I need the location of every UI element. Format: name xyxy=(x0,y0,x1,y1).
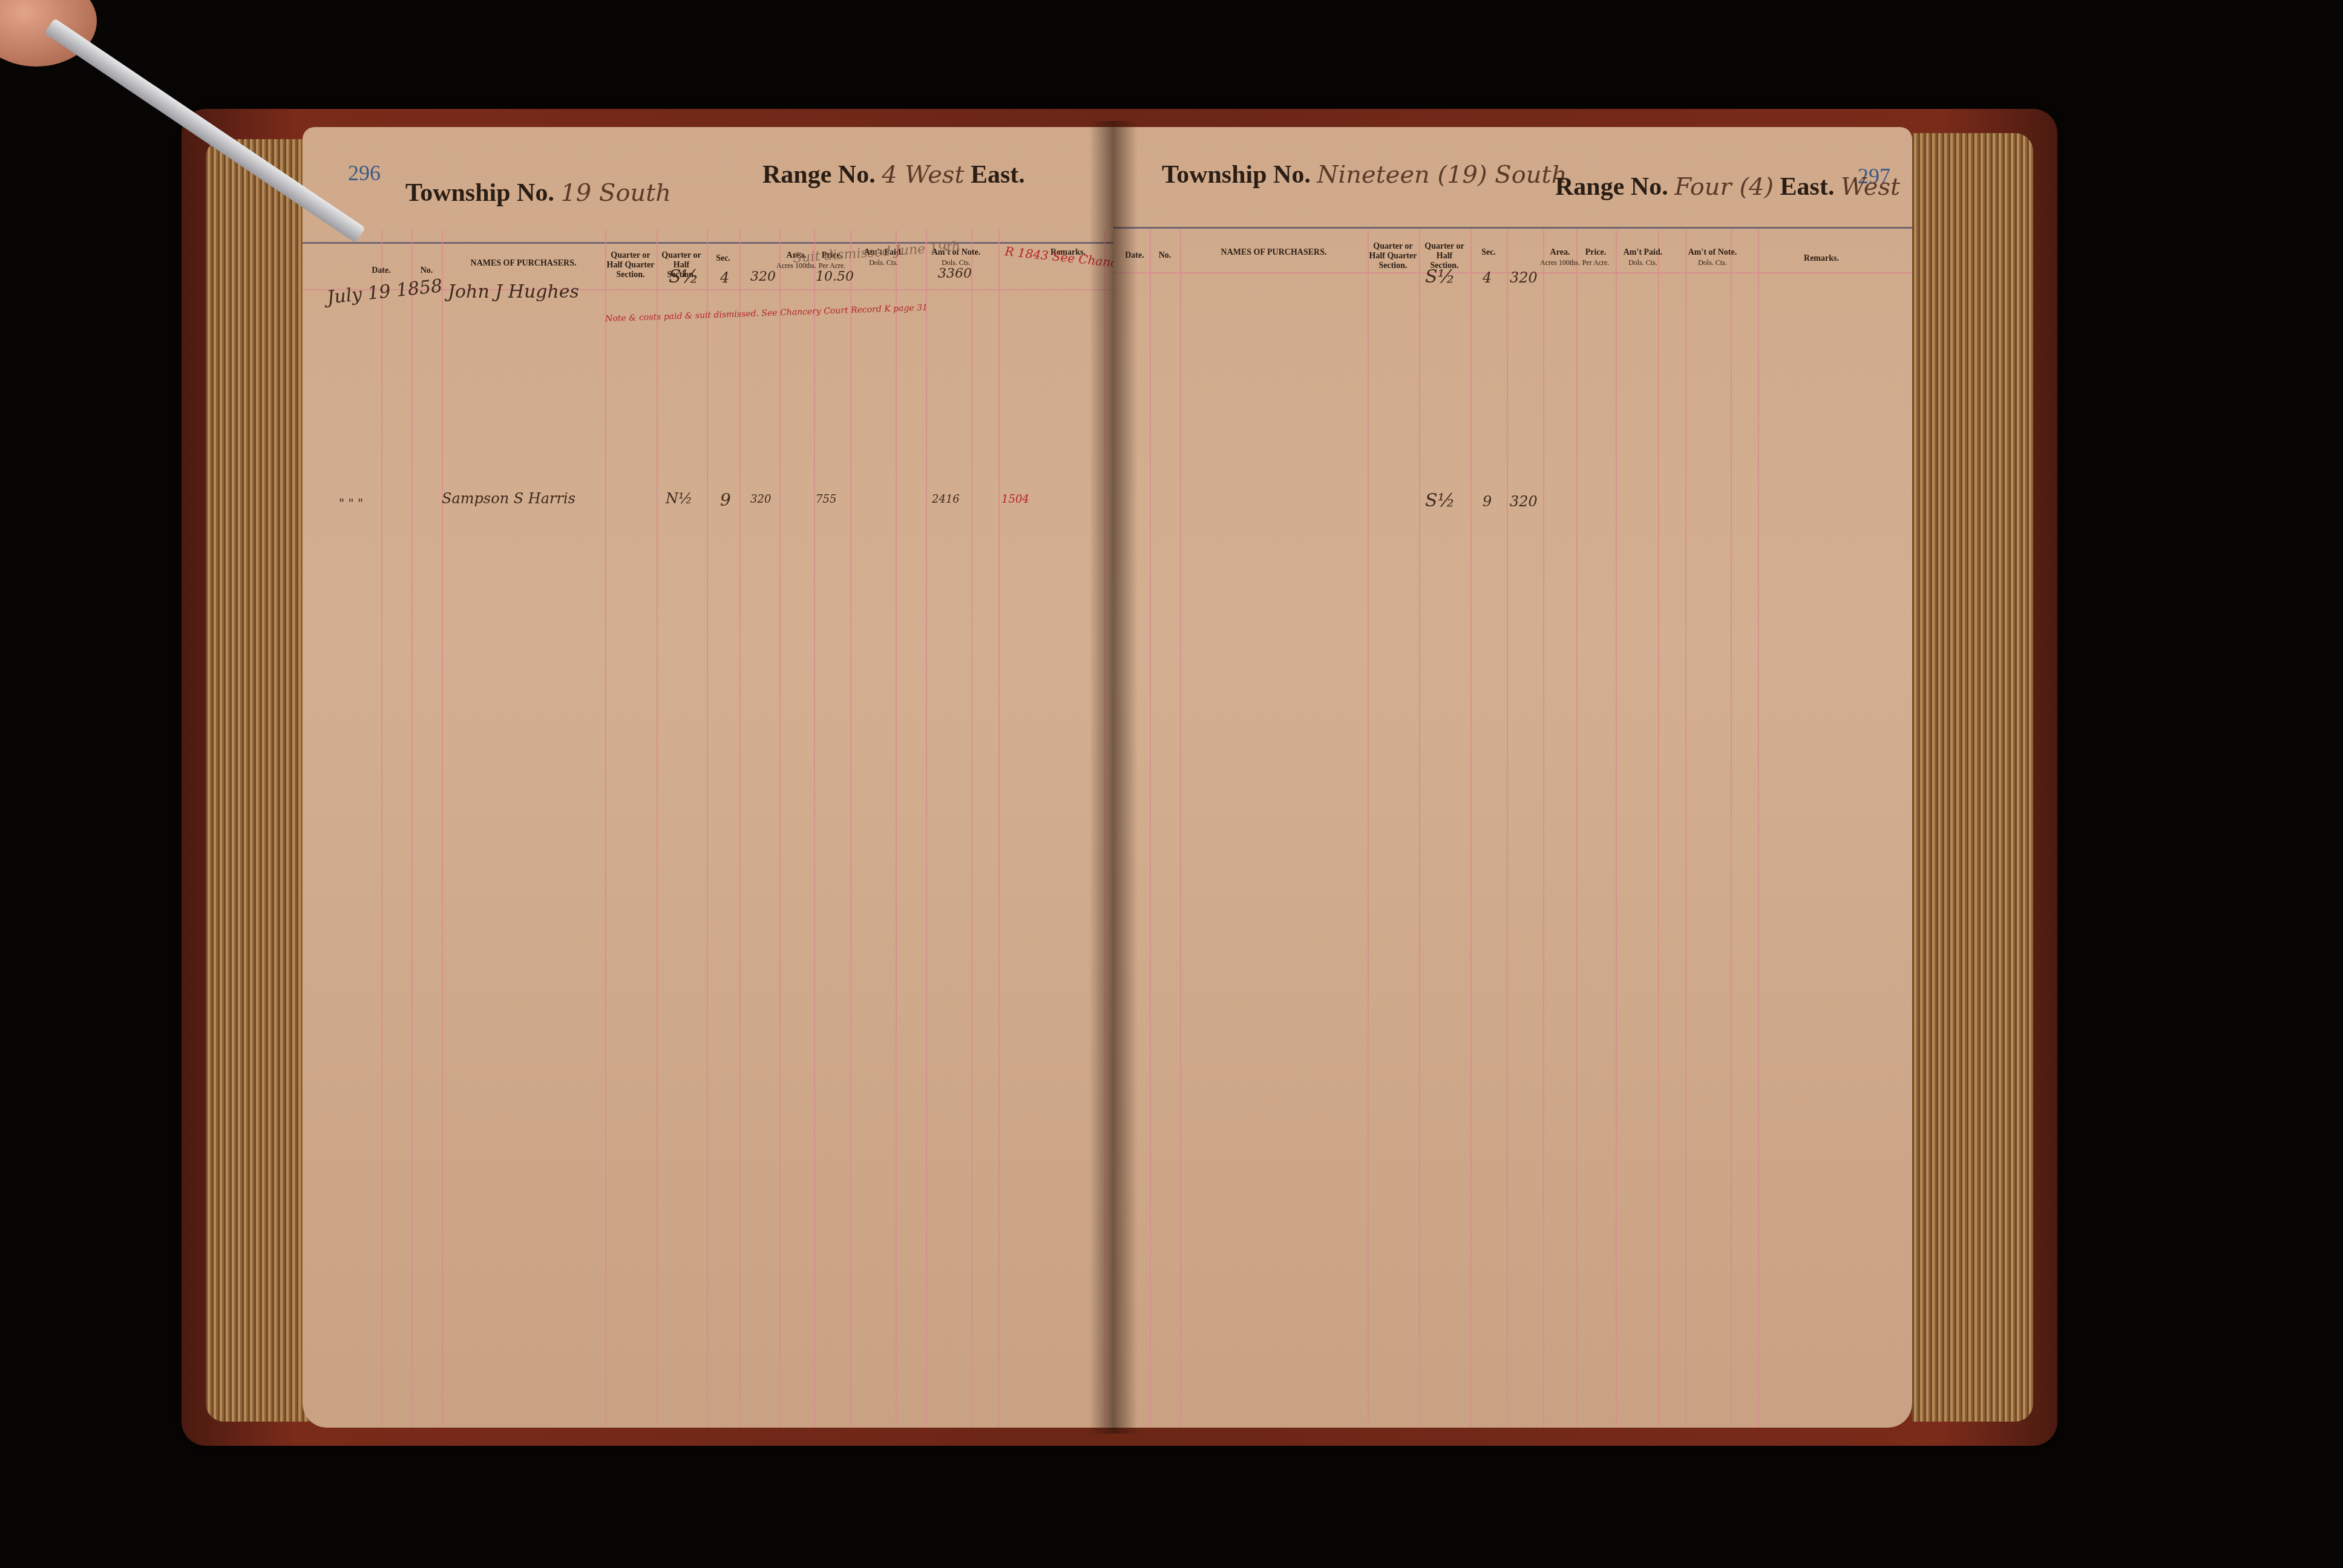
entry-acres: 320 xyxy=(750,493,771,506)
col-sec: Sec. xyxy=(1481,248,1496,258)
left-page: 296 Township No. 19 South Range No. 4 We… xyxy=(303,127,1113,1428)
col-quarter-half-quarter: Quarter or Half Quarter Section. xyxy=(606,251,655,280)
page-number: 296 xyxy=(348,160,381,186)
col-no: No. xyxy=(421,266,433,276)
direction-label: East. xyxy=(1780,173,1835,201)
col-date: Date. xyxy=(1125,251,1144,261)
col-area: Area. Acres 100ths. xyxy=(1540,248,1580,267)
col-quarter-half-quarter: Quarter or Half Quarter Section. xyxy=(1369,242,1417,271)
direction-label: East. xyxy=(971,161,1025,189)
entry-acres: 320 xyxy=(750,269,776,284)
range-value: Four (4) xyxy=(1674,173,1774,201)
range-value: 4 West xyxy=(882,161,964,189)
entry-name: Sampson S Harris xyxy=(442,490,575,507)
entry-sec: 9 xyxy=(720,490,731,510)
entry-name: John J Hughes xyxy=(448,281,579,302)
entry-remarks: 1504 xyxy=(1001,493,1029,506)
entry-acres: 320 xyxy=(1510,493,1538,510)
township-value: 19 South xyxy=(560,179,671,207)
col-sec: Sec. xyxy=(716,254,730,264)
col-amt-paid: Am't Paid. Dols. Cts. xyxy=(1624,248,1663,267)
col-date: Date. xyxy=(372,266,391,276)
range-label: Range No. xyxy=(1555,173,1668,201)
entry-date: " " " xyxy=(339,496,363,511)
township-value: Nineteen (19) South xyxy=(1317,161,1567,189)
township-label: Township No. xyxy=(1162,161,1311,189)
entry-sec: 4 xyxy=(720,269,729,286)
header-rule xyxy=(303,242,1113,244)
col-price: Price. Per Acre. xyxy=(1582,248,1610,267)
entry-half-section: S½ xyxy=(1425,490,1455,511)
col-no: No. xyxy=(1159,251,1171,261)
entry-half-section: N½ xyxy=(666,490,692,507)
entry-date: July 19 1858 xyxy=(326,275,444,309)
entry-acres: 320 xyxy=(1510,269,1538,286)
entry-sec: 4 xyxy=(1483,269,1492,286)
entry-price: 10.50 xyxy=(816,269,854,284)
col-names: NAMES OF PURCHASERS. xyxy=(1221,248,1327,258)
entry-note-amount: 3360 xyxy=(938,266,972,281)
range-heading: Range No. 4 West East. xyxy=(762,160,1025,189)
entry-half-section: S½ xyxy=(669,266,699,287)
right-page: 297 Township No. Nineteen (19) South Ran… xyxy=(1113,127,1912,1428)
ledger-photo: 296 Township No. 19 South Range No. 4 We… xyxy=(0,0,2343,1568)
township-label: Township No. xyxy=(405,179,554,207)
range-heading: Range No. Four (4) East. West xyxy=(1555,172,1900,201)
township-heading: Township No. 19 South xyxy=(405,178,671,207)
header-rule xyxy=(1113,227,1912,229)
range-label: Range No. xyxy=(762,161,876,189)
col-amt-note: Am't of Note. Dols. Cts. xyxy=(1688,248,1737,267)
entry-half-section: S½ xyxy=(1425,266,1455,287)
col-remarks: Remarks. xyxy=(1804,254,1839,264)
entry-price: 755 xyxy=(816,493,836,506)
entry-red-note: Note & costs paid & suit dismissed. See … xyxy=(605,303,928,324)
direction-value: West xyxy=(1841,173,1900,201)
col-names: NAMES OF PURCHASERS. xyxy=(471,259,577,269)
entry-note-amount: 2416 xyxy=(932,493,960,506)
page-edges-right xyxy=(1912,133,2033,1422)
entry-sec: 9 xyxy=(1483,493,1492,510)
township-heading: Township No. Nineteen (19) South xyxy=(1162,160,1567,189)
